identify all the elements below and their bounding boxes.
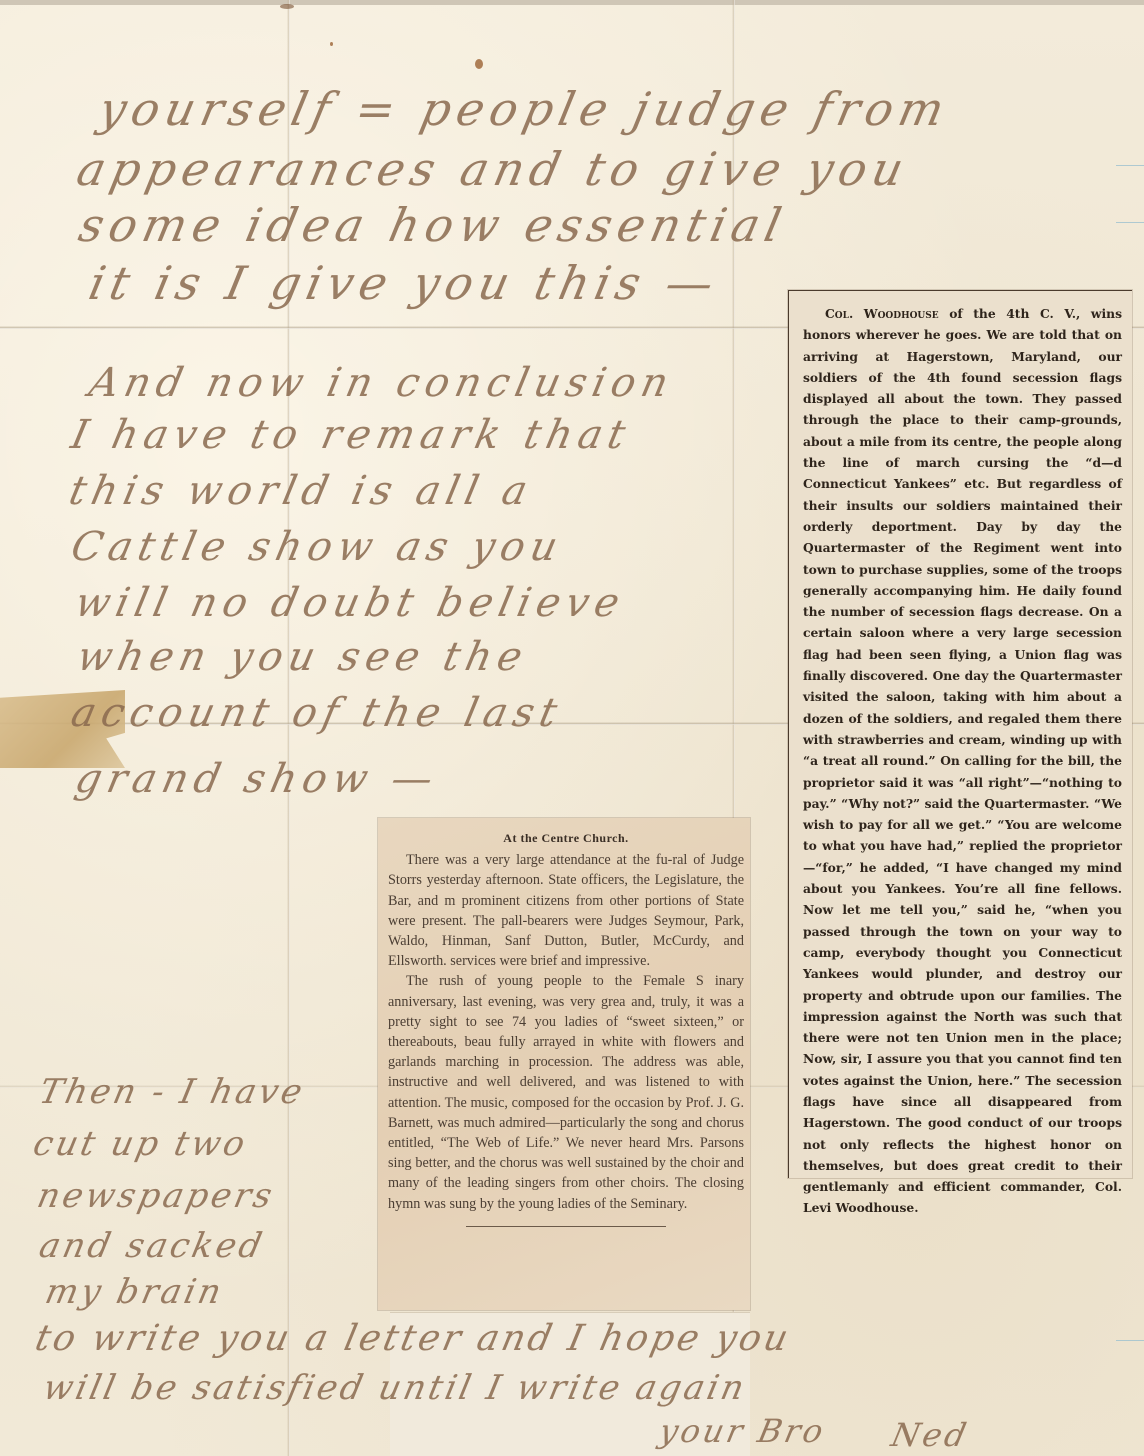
- handwriting-line: yourself = people judge from: [94, 82, 954, 136]
- letter-page: yourself = people judge from appearances…: [0, 0, 1144, 1456]
- handwriting-line: to write you a letter and I hope you: [32, 1318, 795, 1359]
- handwriting-line: it is I give you this —: [84, 256, 724, 310]
- ink-stain: [280, 4, 294, 9]
- handwriting-line: Cattle show as you: [67, 524, 567, 570]
- signature: Ned: [888, 1416, 972, 1454]
- newspaper-clipping-woodhouse: Col. Woodhouse of the 4th C. V., wins ho…: [788, 290, 1132, 1178]
- clipping-rule: [466, 1226, 666, 1227]
- handwriting-line: will no doubt believe: [71, 580, 629, 626]
- handwriting-line: Then - I have: [36, 1072, 309, 1112]
- clipping-heading: At the Centre Church.: [388, 828, 744, 848]
- signoff: your Bro: [656, 1412, 830, 1450]
- page-top-edge: [0, 0, 1144, 5]
- handwriting-line: my brain: [42, 1272, 228, 1312]
- newspaper-clipping-centre-church: At the Centre Church. There was a very l…: [378, 818, 750, 1310]
- handwriting-line: cut up two: [30, 1124, 252, 1164]
- clipping-lead: Col. Woodhouse: [825, 306, 939, 321]
- clipping-paragraph: of the 4th C. V., wins honors wherever h…: [803, 306, 1122, 1215]
- handwriting-line: grand show —: [71, 756, 443, 802]
- ink-stain: [475, 59, 483, 69]
- clipping-paragraph: There was a very large attendance at the…: [388, 850, 744, 971]
- handwriting-line: this world is all a: [65, 468, 537, 514]
- clipping-paragraph: The rush of young people to the Female S…: [388, 971, 744, 1213]
- handwriting-line: when you see the: [73, 634, 532, 680]
- handwriting-line: appearances and to give you: [72, 142, 914, 196]
- handwriting-line: and sacked: [36, 1226, 269, 1266]
- handwriting-line: newspapers: [34, 1176, 279, 1216]
- ruled-line: [1116, 222, 1144, 223]
- handwriting-line: will be satisfied until I write again: [40, 1368, 751, 1408]
- handwriting-line: I have to remark that: [67, 412, 635, 458]
- handwriting-line: account of the last: [67, 690, 567, 736]
- ruled-line: [1116, 1340, 1144, 1341]
- ruled-line: [1116, 165, 1144, 166]
- handwriting-line: some idea how essential: [74, 198, 792, 252]
- ink-stain: [330, 42, 333, 46]
- handwriting-line: And now in conclusion: [85, 360, 678, 406]
